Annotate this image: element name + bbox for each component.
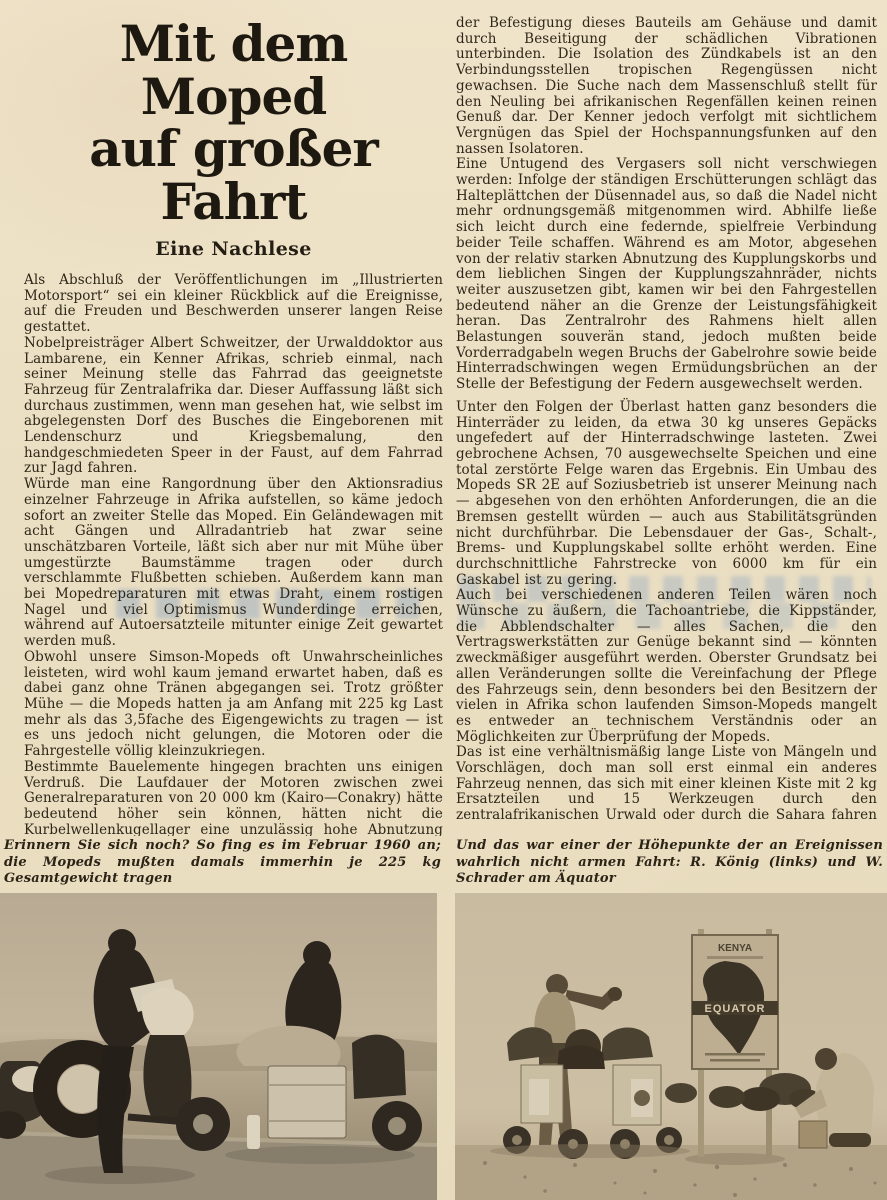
article-paragraph: Bestimmte Bauelemente hingegen brachten … [24,760,443,836]
sign-small-text [705,1053,765,1056]
article-paragraph: der Befestigung dieses Bauteils am Gehäu… [456,16,877,157]
photo-right: KENYA EQUATOR [455,893,887,1200]
wheel-hub [193,1114,213,1134]
article-body-left: Als Abschluß der Veröffentlichungen im „… [24,273,443,836]
sign-small-text [710,1059,760,1062]
article-title-line1: Mit dem Moped [120,14,348,126]
article-paragraph: Als Abschluß der Veröffentlichungen im „… [24,273,443,336]
left-photo-scene [0,893,437,1200]
photo-caption-right: Und das war einer der Höhepunkte der an … [456,838,883,888]
rear-luggage [352,1035,406,1099]
article-paragraph: Obwohl unsere Simson-Mopeds oft Unwahrsc… [24,650,443,760]
right-photo-scene: KENYA EQUATOR [455,893,887,1200]
article-body-right: der Befestigung dieses Bauteils am Gehäu… [456,16,877,824]
photo-caption-left: Erinnern Sie sich noch? So fing es im Fe… [4,838,441,888]
luggage-box [799,1121,827,1148]
article-paragraph: Nobelpreisträger Albert Schweitzer, der … [24,336,443,477]
bottle [247,1115,260,1149]
article-paragraph: Würde man eine Rangordnung über den Akti… [24,477,443,650]
sign-country-label: KENYA [718,943,752,954]
article-right-column: der Befestigung dieses Bauteils am Gehäu… [456,16,877,824]
aluminium-box [268,1066,346,1138]
article-paragraph: Auch bei verschiedenen anderen Teilen wä… [456,588,877,745]
article-subtitle: Eine Nachlese [24,238,443,260]
wheel-hub [388,1117,406,1135]
article-paragraph: Unter den Folgen der Überlast hatten gan… [456,400,877,588]
article-title-line2: auf großer Fahrt [89,119,377,231]
article-paragraph: Das ist eine verhältnismäßig lange Liste… [456,745,877,824]
article-title: Mit dem Mopedauf großer Fahrt [24,18,443,228]
magazine-page: Mit dem Mopedauf großer Fahrt Eine Nachl… [0,0,887,1200]
sign-equator-label: EQUATOR [705,1003,766,1015]
photo-left [0,893,437,1200]
sign-small-text [707,956,763,959]
article-left-column: Mit dem Mopedauf großer Fahrt Eine Nachl… [24,14,443,836]
article-paragraph: Eine Untugend des Vergasers soll nicht v… [456,157,877,393]
